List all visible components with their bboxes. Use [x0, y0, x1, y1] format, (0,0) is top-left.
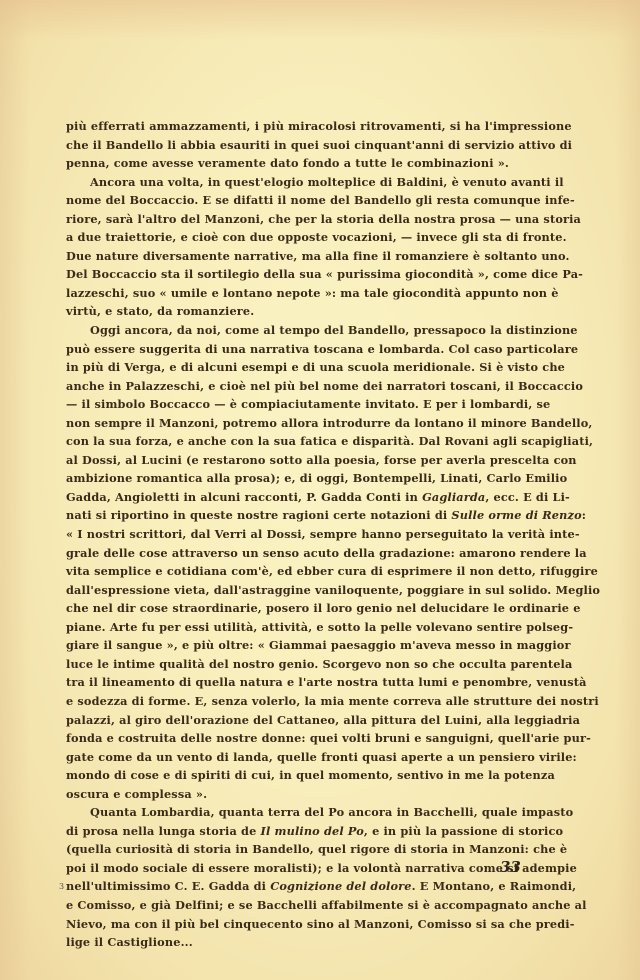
text-line: al Dossi, al Lucini (e restarono sotto a… — [66, 451, 525, 470]
text-line: nome del Boccaccio. E se difatti il nome… — [66, 191, 525, 210]
text-line: grale delle cose attraverso un senso acu… — [66, 544, 525, 563]
text-line: penna, come avesse veramente dato fondo … — [66, 154, 525, 173]
text-line: tra il lineamento di quella natura e l'a… — [66, 673, 525, 692]
text-line: non sempre il Manzoni, potremo allora in… — [66, 414, 525, 433]
text-line: oscura e complessa ». — [66, 785, 525, 804]
page-number: 33 — [500, 858, 521, 876]
text-line: Oggi ancora, da noi, come al tempo del B… — [66, 321, 525, 340]
italic-title: Il mulino del Po — [261, 824, 364, 838]
italic-title: Sulle orme di Renzo — [451, 508, 581, 522]
text-line: anche in Palazzeschi, e cioè nel più bel… — [66, 377, 525, 396]
text-line: di prosa nella lunga storia de Il mulino… — [66, 822, 525, 841]
text-line: Del Boccaccio sta il sortilegio della su… — [66, 265, 525, 284]
paper-stain-left — [0, 0, 30, 980]
text-line: Due nature diversamente narrative, ma al… — [66, 247, 525, 266]
text-line: giare il sangue », e più oltre: « Giamma… — [66, 636, 525, 655]
body-text: più efferrati ammazzamenti, i più miraco… — [66, 117, 525, 952]
text-line: nell'ultimissimo C. E. Gadda di Cognizio… — [66, 877, 525, 896]
italic-title: Cognizione del dolore — [270, 879, 411, 893]
text-line: dall'espressione vieta, dall'astraggine … — [66, 581, 525, 600]
text-line: Nievo, ma con il più bel cinquecento sin… — [66, 915, 525, 934]
text-line: luce le intime qualità del nostro genio.… — [66, 655, 525, 674]
text-line: palazzi, al giro dell'orazione del Catta… — [66, 711, 525, 730]
text-line: fonda e costruita delle nostre donne: qu… — [66, 729, 525, 748]
text-line: vita semplice e cotidiana com'è, ed ebbe… — [66, 562, 525, 581]
signature-mark: 3 — [59, 882, 64, 891]
text-line: (quella curiosità di storia in Bandello,… — [66, 840, 525, 859]
text-line: ambizione romantica alla prosa); e, di o… — [66, 469, 525, 488]
text-line: Quanta Lombardia, quanta terra del Po an… — [66, 803, 525, 822]
text-line: in più di Verga, e di alcuni esempi e di… — [66, 358, 525, 377]
text-line: piane. Arte fu per essi utilità, attivit… — [66, 618, 525, 637]
paragraph: più efferrati ammazzamenti, i più miraco… — [66, 117, 525, 173]
paragraph: Oggi ancora, da noi, come al tempo del B… — [66, 321, 525, 803]
text-line: gate come da un vento di landa, quelle f… — [66, 748, 525, 767]
text-line: lige il Castiglione... — [66, 933, 525, 952]
text-line: poi il modo sociale di essere moralisti)… — [66, 859, 525, 878]
paper-stain-top — [0, 0, 640, 40]
text-line: Ancora una volta, in quest'elogio moltep… — [66, 173, 525, 192]
text-line: virtù, e stato, da romanziere. — [66, 302, 525, 321]
text-line: che il Bandello li abbia esauriti in que… — [66, 136, 525, 155]
text-line: Gadda, Angioletti in alcuni racconti, P.… — [66, 488, 525, 507]
paragraph: Ancora una volta, in quest'elogio moltep… — [66, 173, 525, 321]
text-line: lazzeschi, suo « umile e lontano nepote … — [66, 284, 525, 303]
text-line: mondo di cose e di spiriti di cui, in qu… — [66, 766, 525, 785]
paragraph: Quanta Lombardia, quanta terra del Po an… — [66, 803, 525, 951]
text-line: e sodezza di forme. E, senza volerlo, la… — [66, 692, 525, 711]
text-line: con la sua forza, e anche con la sua fat… — [66, 432, 525, 451]
text-line: e Comisso, e già Delfini; e se Bacchelli… — [66, 896, 525, 915]
text-line: « I nostri scrittori, dal Verri al Dossi… — [66, 525, 525, 544]
text-line: nati si riportino in queste nostre ragio… — [66, 506, 525, 525]
paper-stain-right — [616, 0, 640, 980]
text-line: più efferrati ammazzamenti, i più miraco… — [66, 117, 525, 136]
text-line: riore, sarà l'altro del Manzoni, che per… — [66, 210, 525, 229]
text-line: — il simbolo Boccacco — è compiaciutamen… — [66, 395, 525, 414]
italic-title: Gagliarda — [422, 490, 485, 504]
text-line: che nel dir cose straordinarie, posero i… — [66, 599, 525, 618]
text-line: a due traiettorie, e cioè con due oppost… — [66, 228, 525, 247]
text-line: può essere suggerita di una narrativa to… — [66, 340, 525, 359]
